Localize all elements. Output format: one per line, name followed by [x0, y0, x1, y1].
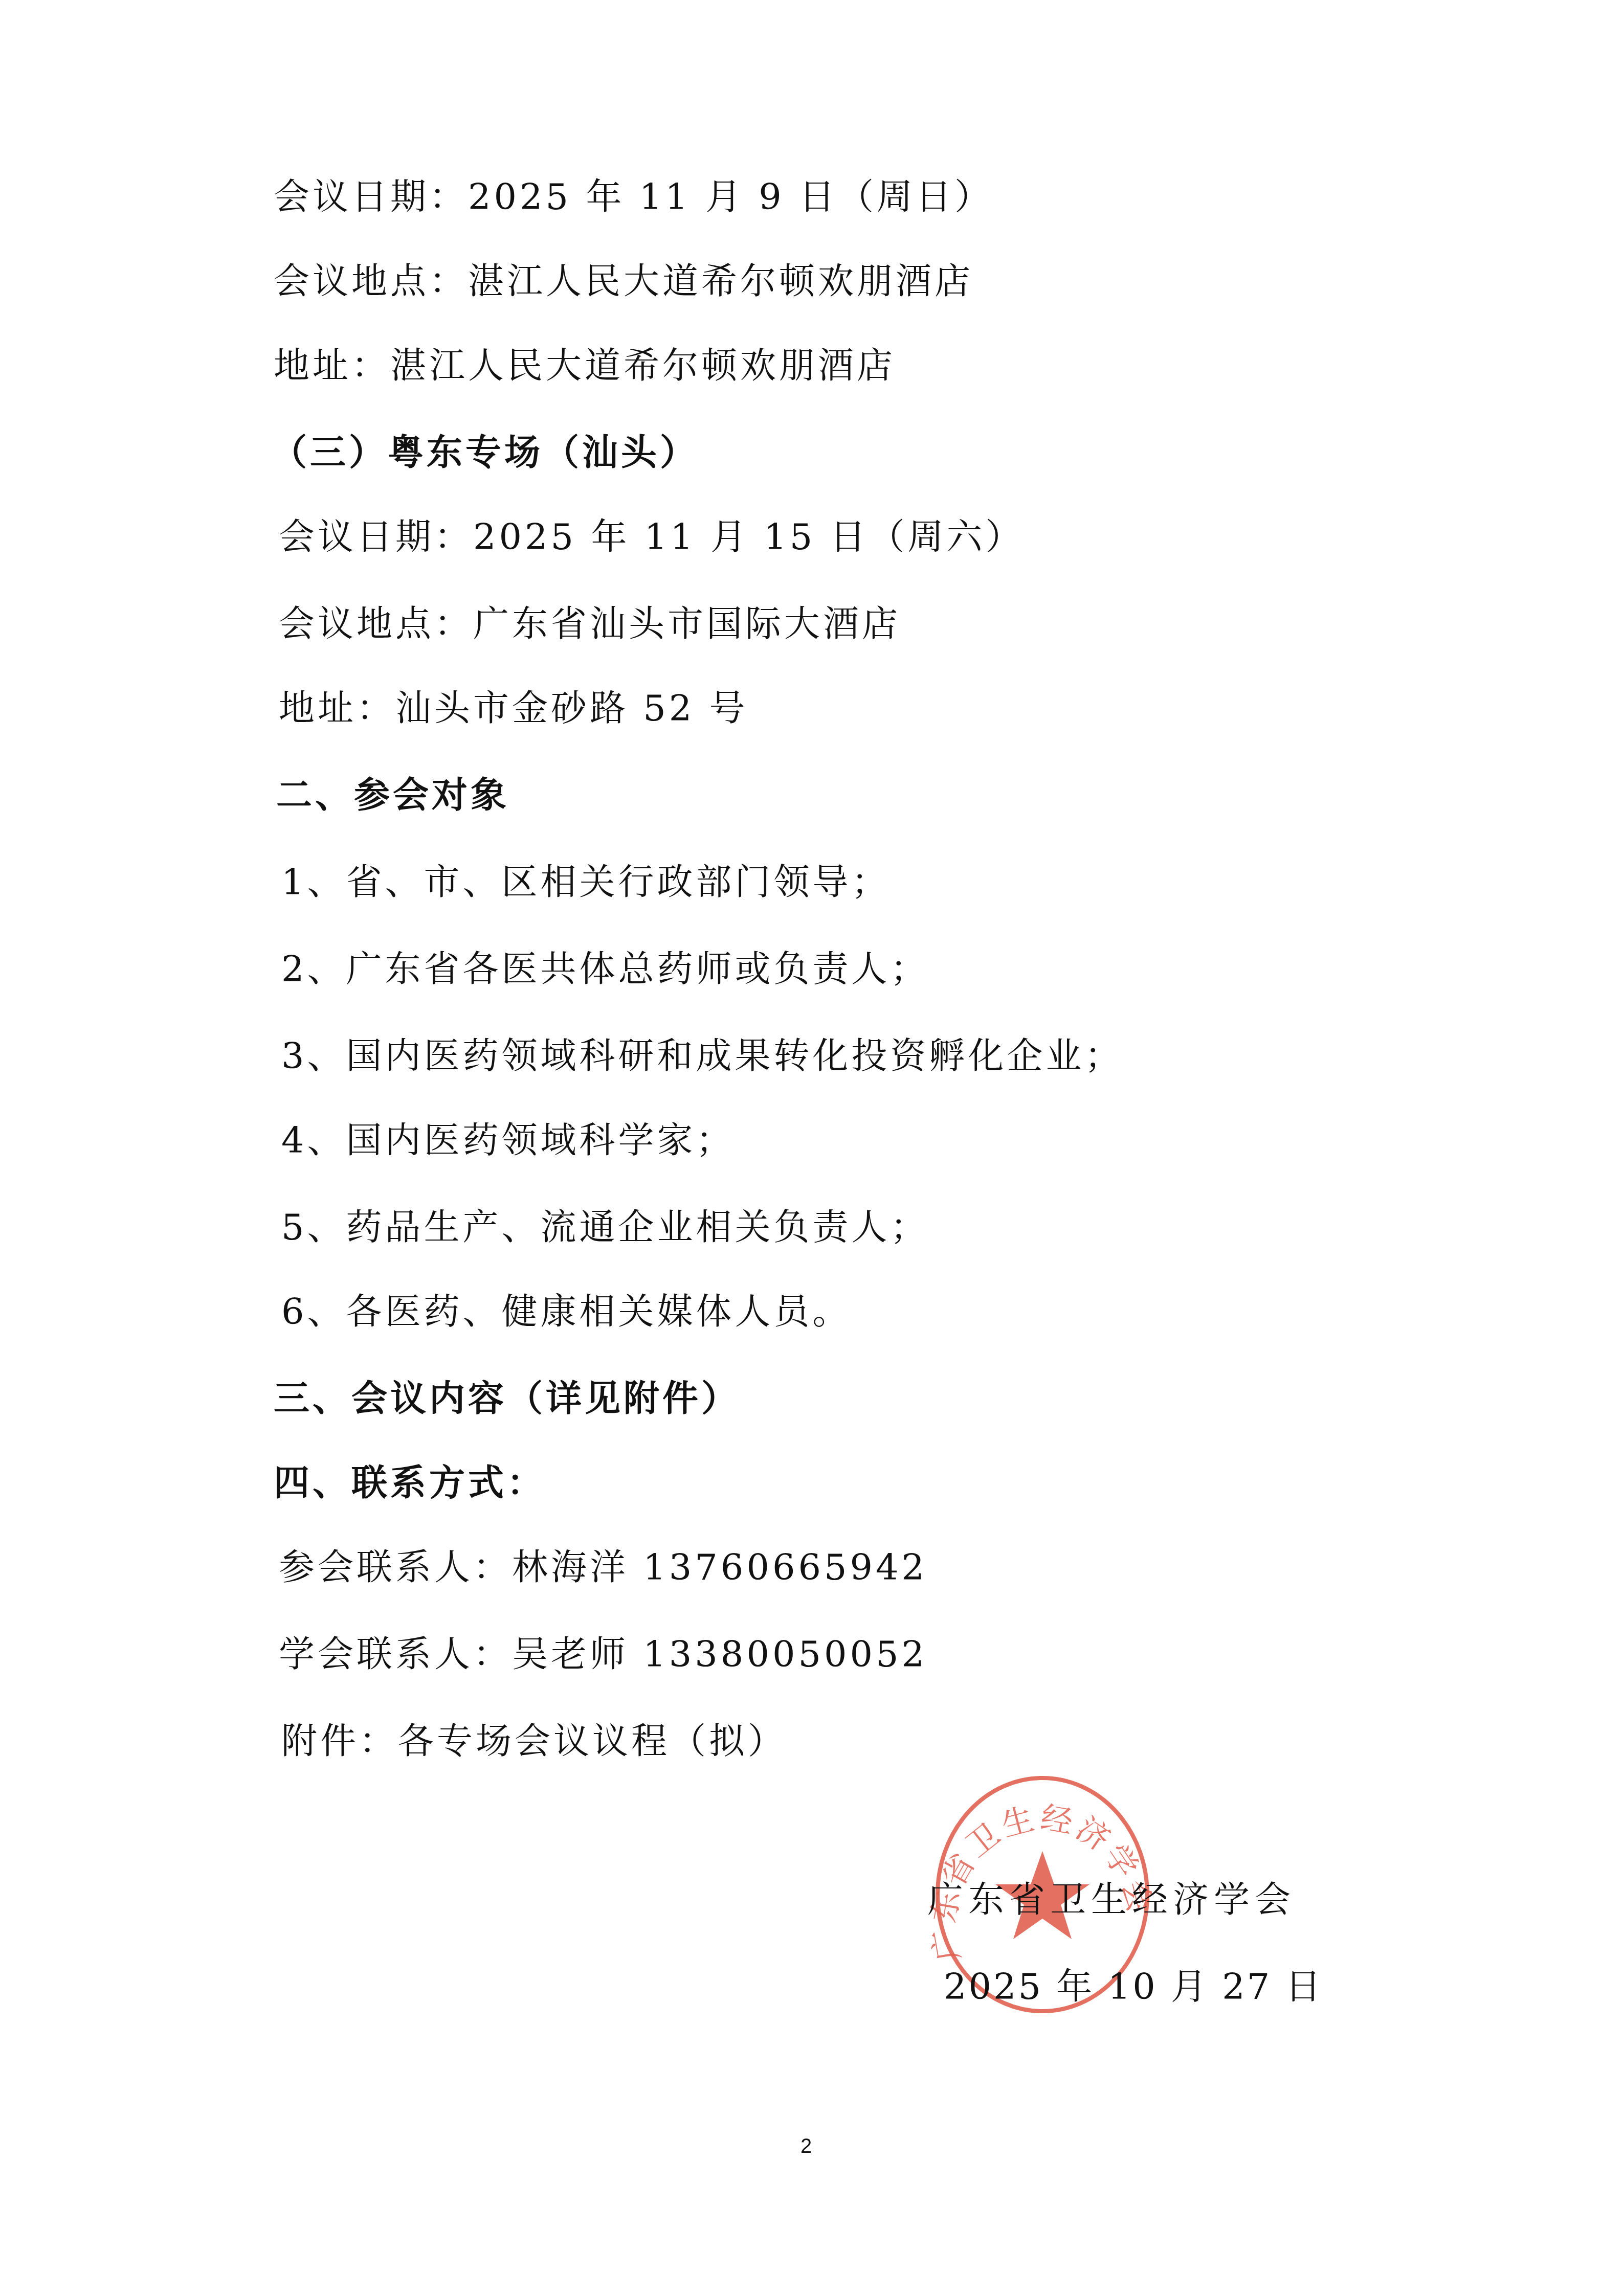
attendee-item: 3、国内医药领域科研和成果转化投资孵化企业；: [281, 1030, 1124, 1082]
attendee-item: 5、药品生产、流通企业相关负责人；: [281, 1202, 929, 1253]
content-heading: 三、会议内容（详见附件）: [274, 1373, 740, 1424]
attachment-note: 附件：各专场会议议程（拟）: [281, 1716, 787, 1767]
venue3-location: 会议地点：广东省汕头市国际大酒店: [279, 598, 901, 649]
contact-item: 参会联系人：林海洋 13760665942: [279, 1542, 927, 1593]
venue3-date: 会议日期：2025 年 11 月 15 日（周六）: [279, 511, 1025, 562]
venue2-location: 会议地点：湛江人民大道希尔顿欢朋酒店: [274, 256, 973, 307]
attendees-heading: 二、参会对象: [276, 770, 509, 821]
venue3-address: 地址：汕头市金砂路 52 号: [279, 683, 748, 734]
attendee-item: 1、省、市、区相关行政部门领导；: [281, 857, 891, 908]
venue2-date: 会议日期：2025 年 11 月 9 日（周日）: [274, 171, 993, 222]
attendee-item: 2、广东省各医共体总药师或负责人；: [281, 943, 929, 995]
contact-item: 学会联系人：吴老师 13380050052: [279, 1629, 927, 1680]
signature-date: 2025 年 10 月 27 日: [944, 1961, 1323, 2012]
page-number: 2: [800, 2135, 812, 2158]
attendee-item: 4、国内医药领域科学家；: [281, 1115, 735, 1166]
venue3-heading: （三）粤东专场（汕头）: [271, 427, 699, 478]
contact-heading: 四、联系方式：: [274, 1457, 546, 1509]
venue2-address: 地址：湛江人民大道希尔顿欢朋酒店: [274, 340, 896, 391]
signature-organization: 广东省卫生经济学会: [927, 1874, 1296, 1925]
attendee-item: 6、各医药、健康相关媒体人员。: [281, 1286, 852, 1337]
